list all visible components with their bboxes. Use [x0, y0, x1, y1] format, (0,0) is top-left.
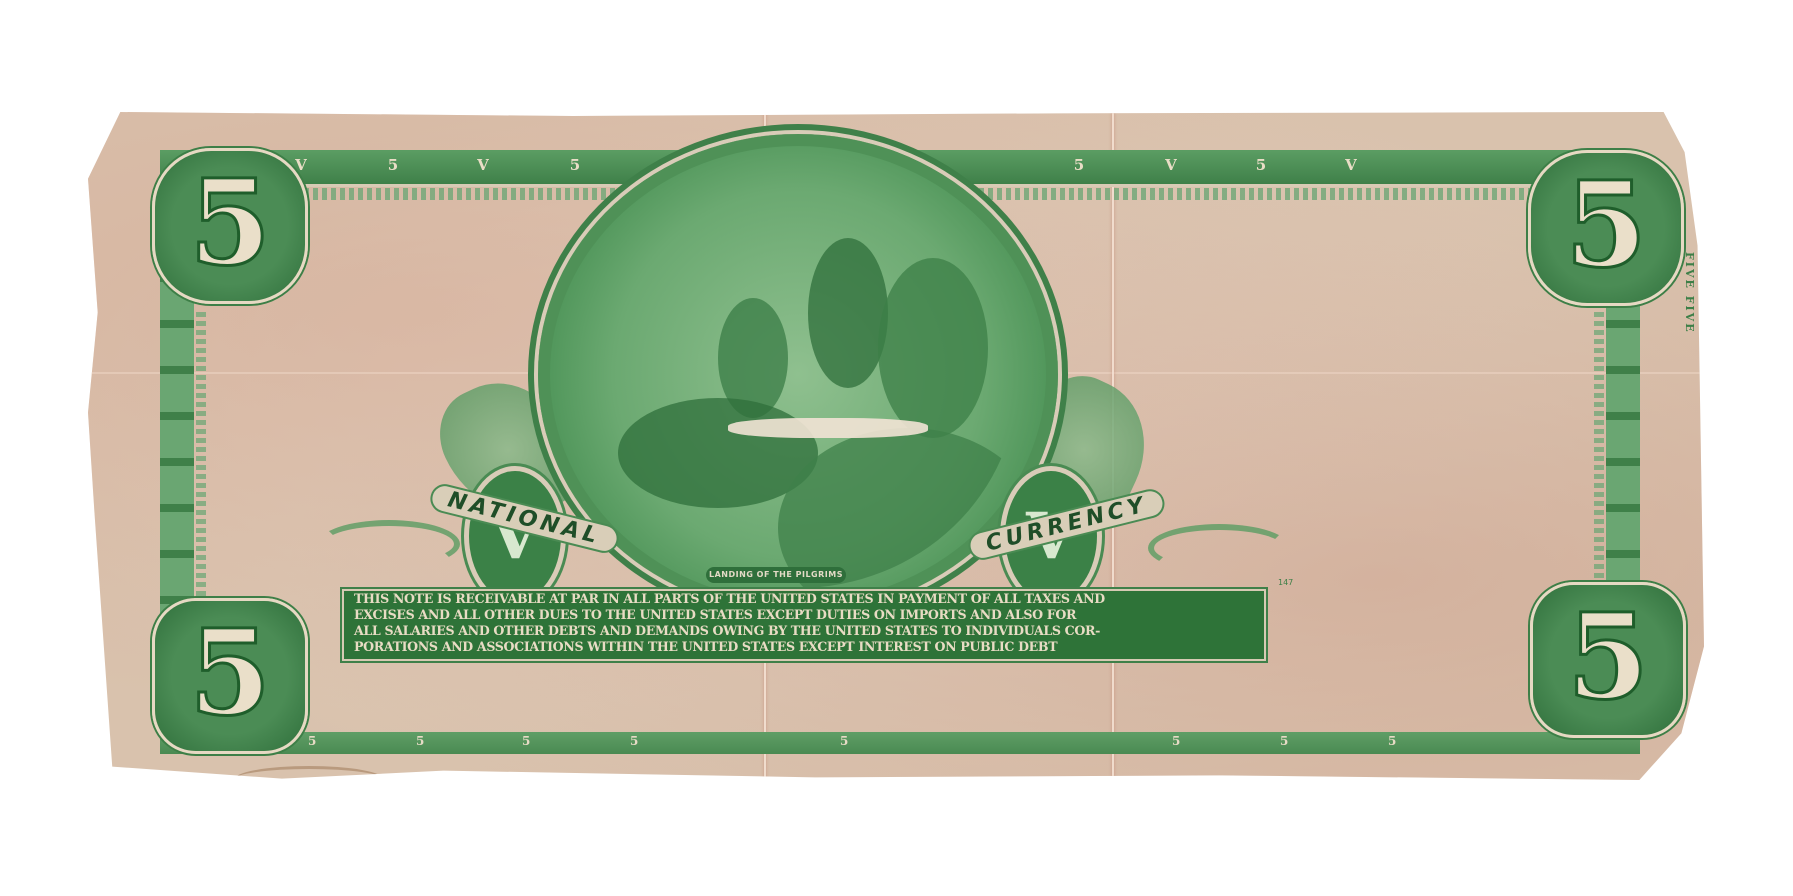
top-mark: V [1340, 154, 1362, 176]
bottom-mark: 5 [840, 734, 848, 748]
corner-numeral-top-right: 5 [1528, 150, 1684, 306]
legal-text-panel: THIS NOTE IS RECEIVABLE AT PAR IN ALL PA… [342, 589, 1266, 661]
banknote: V 5 V 5 5 V 5 V 5 5 5 5 5 5 5 5 5 5 5 5 … [88, 112, 1704, 780]
numeral: 5 [1565, 166, 1647, 284]
bottom-mark: 5 [416, 734, 424, 748]
top-mark: 5 [1068, 154, 1090, 176]
scroll-ornament-right [1148, 524, 1290, 572]
scroll-ornament-left [318, 520, 460, 568]
corner-numeral-bottom-left: 5 [152, 598, 308, 754]
pilgrim-figure [808, 238, 888, 388]
edge-tear [234, 766, 384, 793]
bottom-mark: 5 [1172, 734, 1180, 748]
landing-of-the-pilgrims-vignette [578, 168, 1018, 588]
top-mark: 5 [382, 154, 404, 176]
vignette-caption: LANDING OF THE PILGRIMS [706, 567, 846, 583]
bottom-mark: 5 [308, 734, 316, 748]
numeral: 5 [1567, 598, 1649, 716]
numeral: 5 [189, 614, 271, 732]
top-mark: V [1160, 154, 1182, 176]
paper-wear [728, 418, 928, 438]
legal-text-line: EXCISES AND ALL OTHER DUES TO THE UNITED… [344, 607, 1264, 623]
top-mark: 5 [564, 154, 586, 176]
five-side-label: FIVE FIVE [1683, 252, 1696, 334]
bottom-mark: 5 [630, 734, 638, 748]
bottom-border: 5 5 5 5 5 5 5 5 [160, 732, 1640, 754]
bottom-mark: 5 [1280, 734, 1288, 748]
bottom-mark: 5 [522, 734, 530, 748]
corner-numeral-bottom-right: 5 [1530, 582, 1686, 738]
legal-text-line: THIS NOTE IS RECEIVABLE AT PAR IN ALL PA… [344, 591, 1264, 607]
corner-numeral-top-left: 5 [152, 148, 308, 304]
numeral: 5 [189, 164, 271, 282]
legal-text-line: ALL SALARIES AND OTHER DEBTS AND DEMANDS… [344, 623, 1264, 639]
bottom-mark: 5 [1388, 734, 1396, 748]
top-mark: 5 [1250, 154, 1272, 176]
legal-text-line: PORATIONS AND ASSOCIATIONS WITHIN THE UN… [344, 639, 1264, 655]
top-mark: V [472, 154, 494, 176]
tree [878, 258, 988, 438]
plate-number: 147 [1278, 578, 1293, 587]
